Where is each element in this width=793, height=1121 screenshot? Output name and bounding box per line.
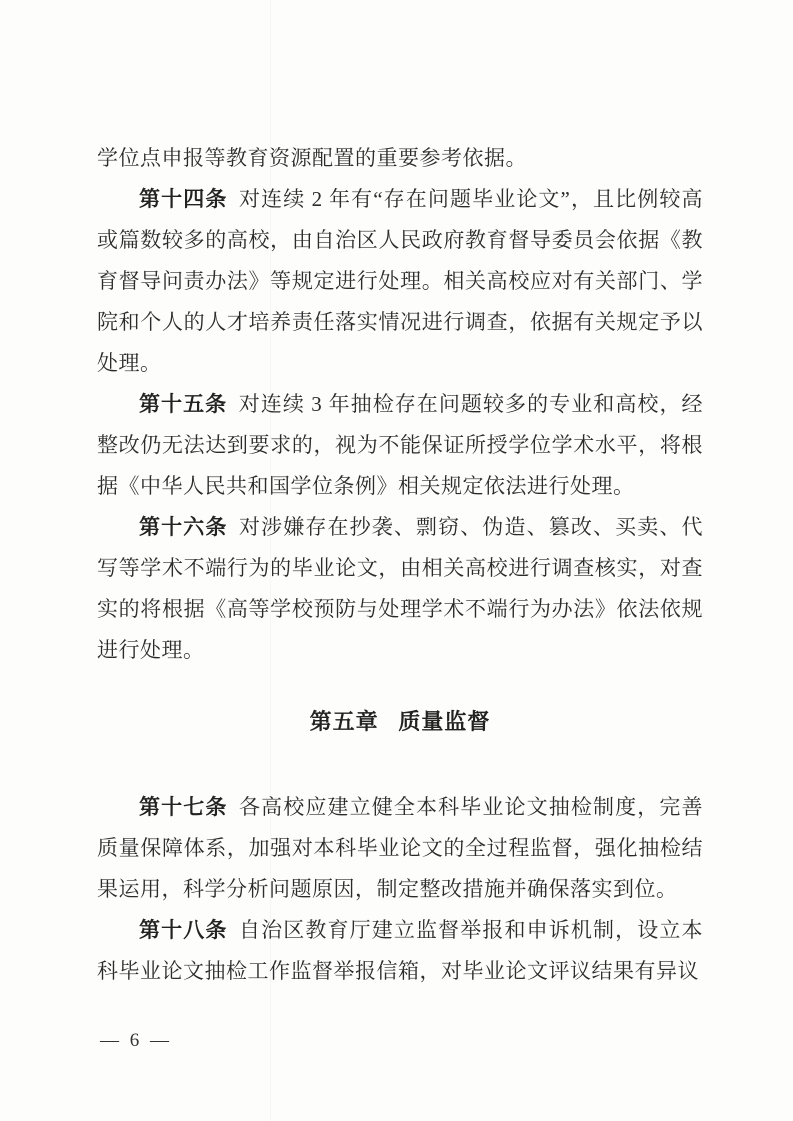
article-17-label: 第十七条 — [139, 796, 228, 819]
article-14-text: 对连续 2 年有“存在问题毕业论文”，且比例较高或篇数较多的高校，由自治区人民政… — [97, 187, 703, 375]
article-18-label: 第十八条 — [139, 919, 228, 942]
page-number: — 6 — — [100, 1030, 172, 1051]
paragraph-article-16: 第十六条对涉嫌存在抄袭、剽窃、伪造、篡改、买卖、代写等学术不端行为的毕业论文，由… — [97, 507, 703, 671]
chapter-number: 第五章 — [310, 709, 379, 734]
article-15-label: 第十五条 — [139, 393, 227, 416]
paragraph-article-17: 第十七条各高校应建立健全本科毕业论文抽检制度，完善质量保障体系，加强对本科毕业论… — [97, 787, 703, 910]
paragraph-article-18: 第十八条自治区教育厅建立监督举报和申诉机制，设立本科毕业论文抽检工作监督举报信箱… — [97, 910, 703, 992]
chapter-title: 质量监督 — [398, 709, 490, 734]
chapter-heading: 第五章质量监督 — [97, 701, 703, 742]
page-footer: — 6 — — [100, 1026, 172, 1056]
paragraph-article-15: 第十五条对连续 3 年抽检存在问题较多的专业和高校，经整改仍无法达到要求的，视为… — [97, 384, 703, 507]
article-16-label: 第十六条 — [139, 516, 228, 539]
paragraph-article-14: 第十四条对连续 2 年有“存在问题毕业论文”，且比例较高或篇数较多的高校，由自治… — [97, 179, 703, 384]
paragraph-continuation: 学位点申报等教育资源配置的重要参考依据。 — [97, 138, 703, 179]
document-body: 学位点申报等教育资源配置的重要参考依据。 第十四条对连续 2 年有“存在问题毕业… — [97, 138, 703, 992]
article-14-label: 第十四条 — [139, 188, 227, 211]
document-page: 学位点申报等教育资源配置的重要参考依据。 第十四条对连续 2 年有“存在问题毕业… — [0, 0, 793, 1121]
